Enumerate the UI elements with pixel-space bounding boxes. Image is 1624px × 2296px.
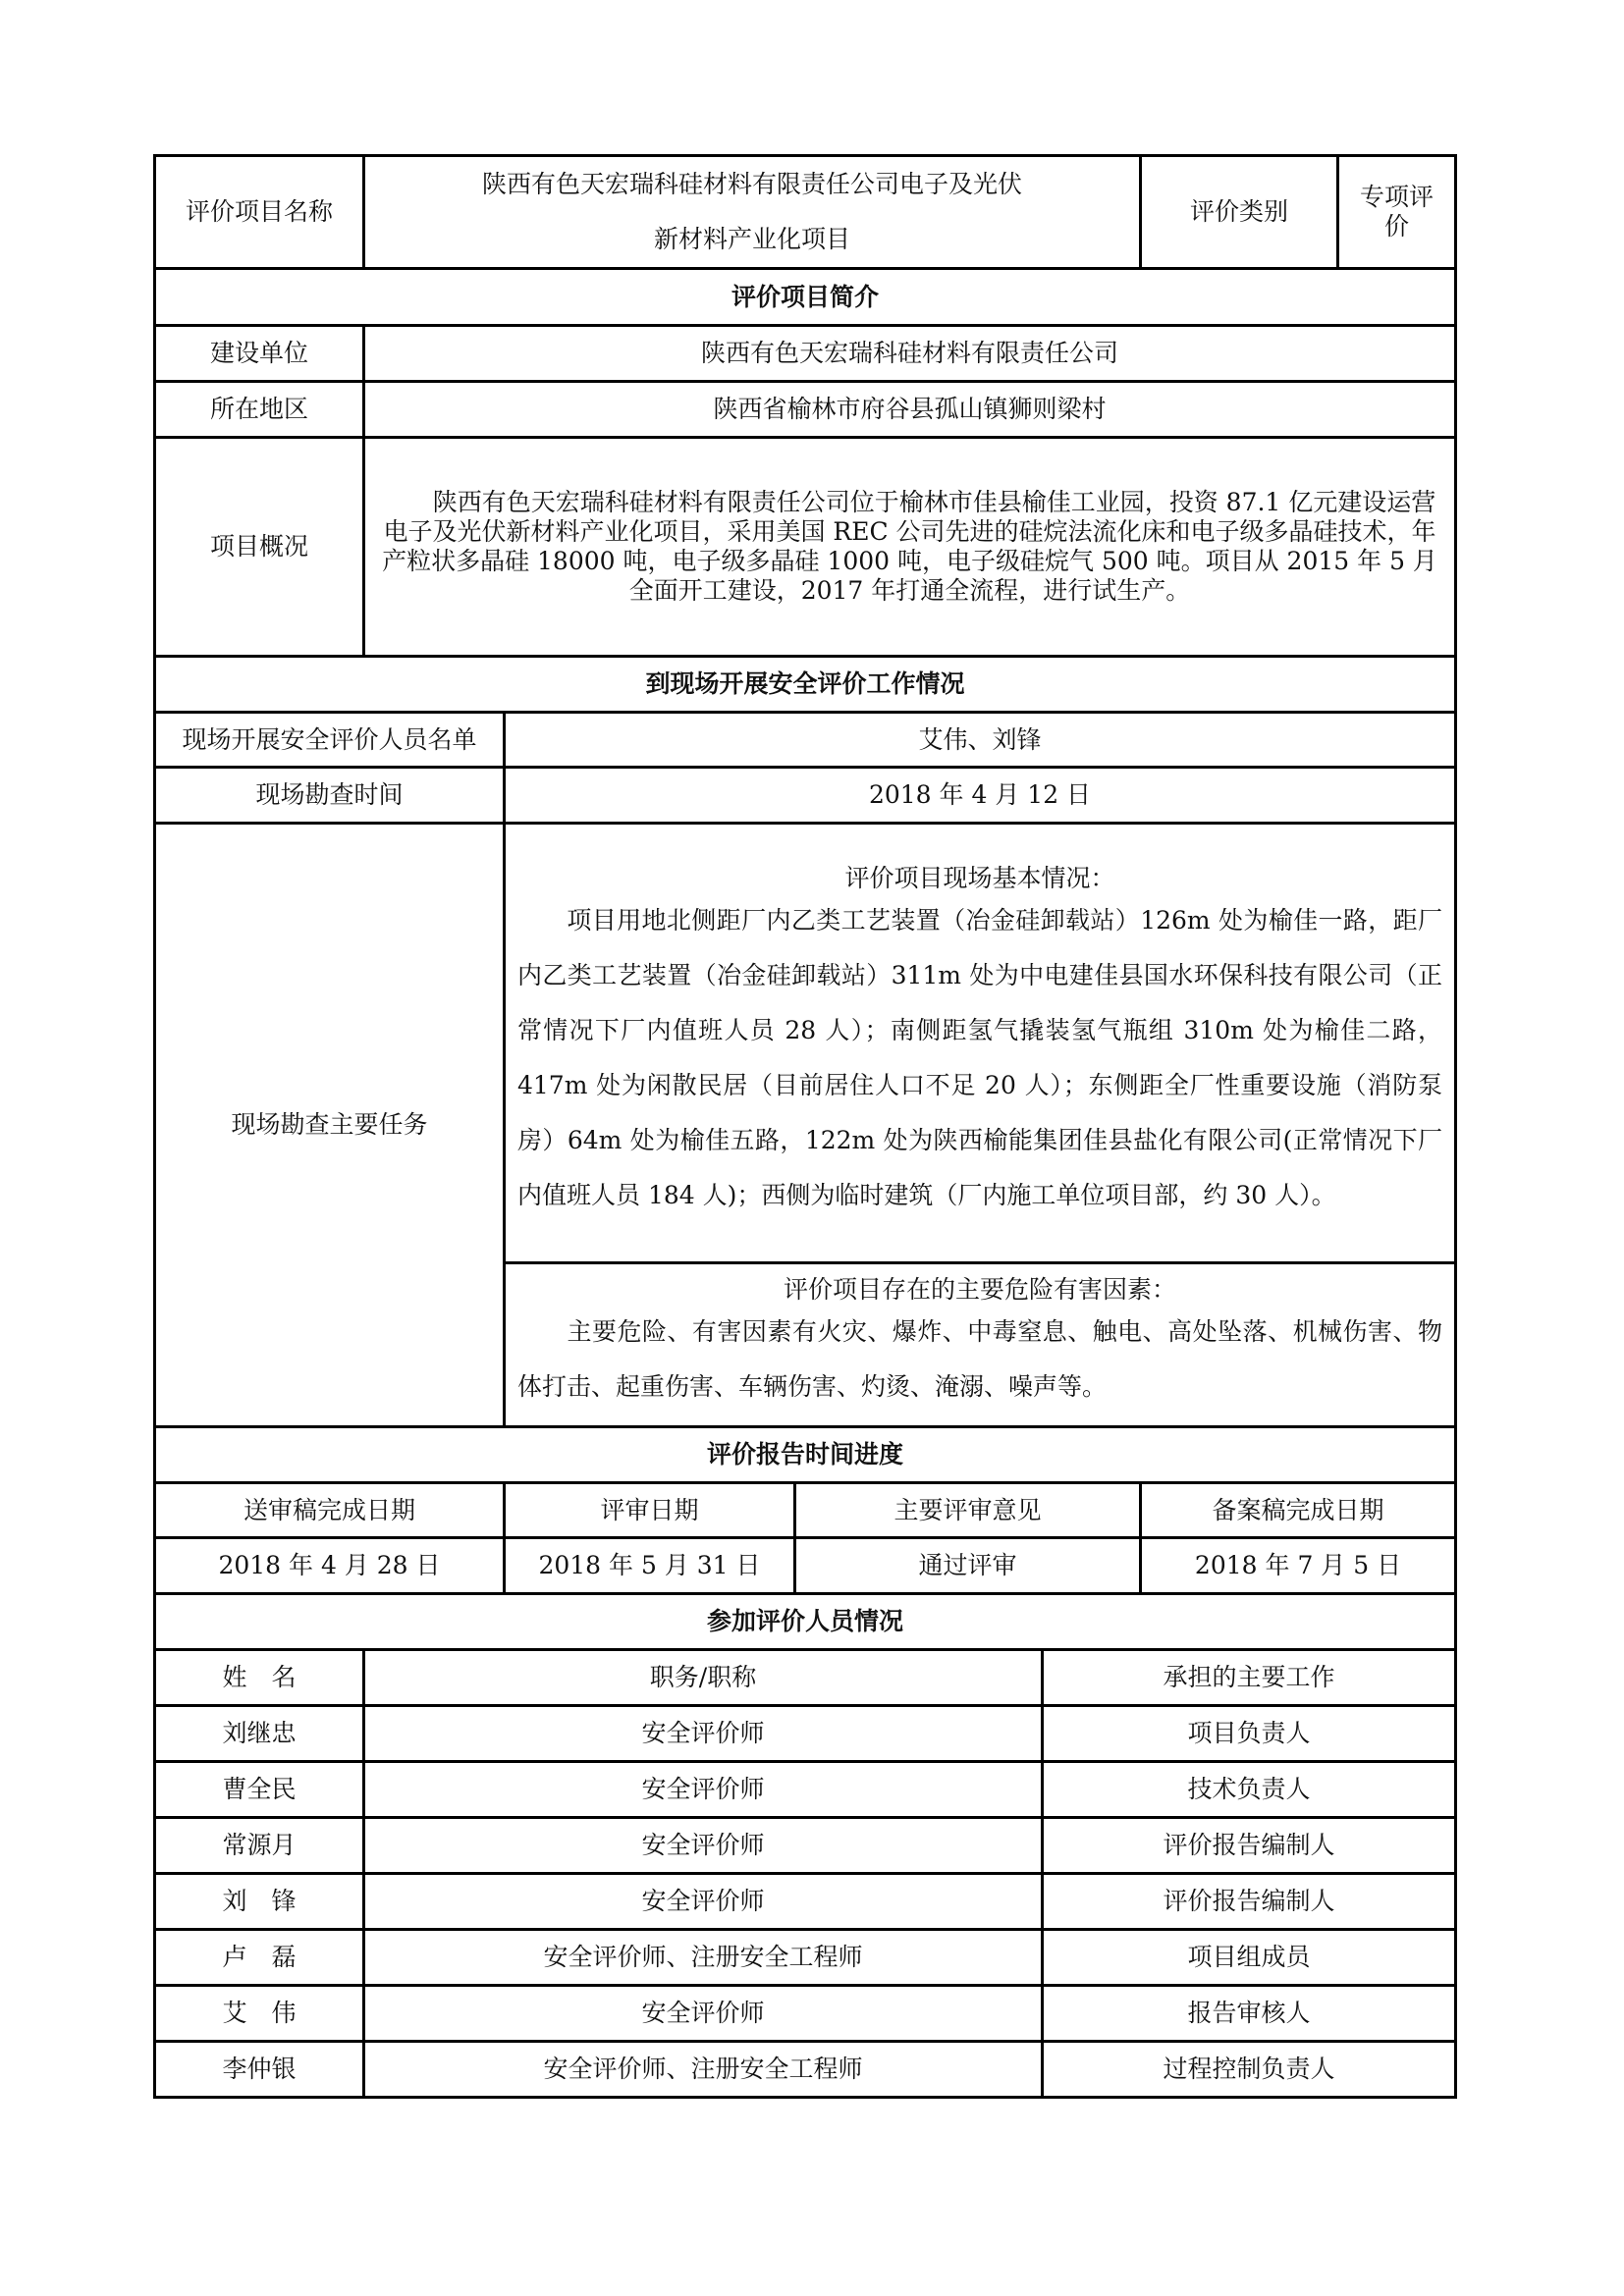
- personnel-row: 曹全民 安全评价师 技术负责人: [155, 1762, 1456, 1818]
- personnel-row: 李仲银 安全评价师、注册安全工程师 过程控制负责人: [155, 2042, 1456, 2098]
- personnel-section-header: 参加评价人员情况: [155, 1594, 1456, 1650]
- schedule-draft-date: 2018 年 4 月 28 日: [155, 1538, 505, 1594]
- tasks-label: 现场勘查主要任务: [155, 824, 505, 1427]
- overview-text-cell: 陕西有色天宏瑞科硅材料有限责任公司位于榆林市佳县榆佳工业园，投资 87.1 亿元…: [364, 438, 1456, 657]
- survey-time-label: 现场勘查时间: [155, 768, 505, 824]
- schedule-header-draft-date: 送审稿完成日期: [155, 1483, 505, 1538]
- hazard-paragraph: 主要危险、有害因素有火灾、爆炸、中毒窒息、触电、高处坠落、机械伤害、物体打击、起…: [517, 1305, 1442, 1415]
- schedule-review-opinion: 通过评审: [795, 1538, 1141, 1594]
- person-title: 安全评价师: [364, 1986, 1043, 2042]
- person-name: 李仲银: [155, 2042, 364, 2098]
- evaluation-info-table: 评价项目名称 陕西有色天宏瑞科硅材料有限责任公司电子及光伏 新材料产业化项目 评…: [153, 154, 1457, 2099]
- project-name-label: 评价项目名称: [155, 156, 364, 269]
- intro-section-header: 评价项目简介: [155, 269, 1456, 326]
- overview-text: 陕西有色天宏瑞科硅材料有限责任公司位于榆林市佳县榆佳工业园，投资 87.1 亿元…: [382, 488, 1437, 605]
- personnel-header-title: 职务/职称: [364, 1650, 1043, 1706]
- staff-label: 现场开展安全评价人员名单: [155, 713, 505, 768]
- overview-label: 项目概况: [155, 438, 364, 657]
- intro-section-title: 评价项目简介: [155, 269, 1456, 326]
- project-name-line-1: 陕西有色天宏瑞科硅材料有限责任公司电子及光伏: [482, 170, 1022, 198]
- person-name: 刘 锋: [155, 1874, 364, 1930]
- project-name-value: 陕西有色天宏瑞科硅材料有限责任公司电子及光伏 新材料产业化项目: [364, 156, 1141, 269]
- survey-time-value: 2018 年 4 月 12 日: [505, 768, 1456, 824]
- location-label: 所在地区: [155, 382, 364, 438]
- person-name: 刘继忠: [155, 1706, 364, 1762]
- personnel-row: 艾 伟 安全评价师 报告审核人: [155, 1986, 1456, 2042]
- builder-value: 陕西有色天宏瑞科硅材料有限责任公司: [364, 326, 1456, 382]
- document-page: 评价项目名称 陕西有色天宏瑞科硅材料有限责任公司电子及光伏 新材料产业化项目 评…: [0, 0, 1624, 2296]
- location-value: 陕西省榆林市府谷县孤山镇狮则梁村: [364, 382, 1456, 438]
- person-role: 项目负责人: [1043, 1706, 1456, 1762]
- staff-value: 艾伟、刘锋: [505, 713, 1456, 768]
- schedule-header-row: 送审稿完成日期 评审日期 主要评审意见 备案稿完成日期: [155, 1483, 1456, 1538]
- personnel-row: 刘继忠 安全评价师 项目负责人: [155, 1706, 1456, 1762]
- schedule-header-review-date: 评审日期: [505, 1483, 795, 1538]
- onsite-section-title: 到现场开展安全评价工作情况: [155, 657, 1456, 713]
- person-role: 评价报告编制人: [1043, 1818, 1456, 1874]
- personnel-row: 刘 锋 安全评价师 评价报告编制人: [155, 1874, 1456, 1930]
- person-role: 项目组成员: [1043, 1930, 1456, 1986]
- schedule-section-title: 评价报告时间进度: [155, 1427, 1456, 1483]
- tasks-basic-row: 现场勘查主要任务 评价项目现场基本情况： 项目用地北侧距厂内乙类工艺装置（冶金硅…: [155, 824, 1456, 1263]
- location-row: 所在地区 陕西省榆林市府谷县孤山镇狮则梁村: [155, 382, 1456, 438]
- person-title: 安全评价师: [364, 1706, 1043, 1762]
- onsite-section-header: 到现场开展安全评价工作情况: [155, 657, 1456, 713]
- personnel-header-row: 姓 名 职务/职称 承担的主要工作: [155, 1650, 1456, 1706]
- basic-situation-heading: 评价项目现场基本情况：: [517, 864, 1442, 893]
- category-label: 评价类别: [1141, 156, 1338, 269]
- hazard-text: 主要危险、有害因素有火灾、爆炸、中毒窒息、触电、高处坠落、机械伤害、物体打击、起…: [517, 1317, 1442, 1401]
- schedule-filing-date: 2018 年 7 月 5 日: [1141, 1538, 1456, 1594]
- person-name: 常源月: [155, 1818, 364, 1874]
- person-role: 评价报告编制人: [1043, 1874, 1456, 1930]
- basic-situation-paragraph: 项目用地北侧距厂内乙类工艺装置（冶金硅卸载站）126m 处为榆佳一路，距厂内乙类…: [517, 893, 1442, 1223]
- hazard-cell: 评价项目存在的主要危险有害因素： 主要危险、有害因素有火灾、爆炸、中毒窒息、触电…: [505, 1263, 1456, 1427]
- personnel-row: 卢 磊 安全评价师、注册安全工程师 项目组成员: [155, 1930, 1456, 1986]
- schedule-section-header: 评价报告时间进度: [155, 1427, 1456, 1483]
- basic-situation-text: 项目用地北侧距厂内乙类工艺装置（冶金硅卸载站）126m 处为榆佳一路，距厂内乙类…: [517, 906, 1442, 1209]
- person-title: 安全评价师: [364, 1874, 1043, 1930]
- schedule-header-filing-date: 备案稿完成日期: [1141, 1483, 1456, 1538]
- person-title: 安全评价师: [364, 1818, 1043, 1874]
- person-name: 卢 磊: [155, 1930, 364, 1986]
- overview-row: 项目概况 陕西有色天宏瑞科硅材料有限责任公司位于榆林市佳县榆佳工业园，投资 87…: [155, 438, 1456, 657]
- person-title: 安全评价师、注册安全工程师: [364, 1930, 1043, 1986]
- person-role: 报告审核人: [1043, 1986, 1456, 2042]
- schedule-header-review-opinion: 主要评审意见: [795, 1483, 1141, 1538]
- project-name-row: 评价项目名称 陕西有色天宏瑞科硅材料有限责任公司电子及光伏 新材料产业化项目 评…: [155, 156, 1456, 269]
- personnel-row: 常源月 安全评价师 评价报告编制人: [155, 1818, 1456, 1874]
- project-name-line-2: 新材料产业化项目: [654, 225, 850, 253]
- personnel-header-role: 承担的主要工作: [1043, 1650, 1456, 1706]
- person-role: 过程控制负责人: [1043, 2042, 1456, 2098]
- person-title: 安全评价师: [364, 1762, 1043, 1818]
- staff-row: 现场开展安全评价人员名单 艾伟、刘锋: [155, 713, 1456, 768]
- schedule-review-date: 2018 年 5 月 31 日: [505, 1538, 795, 1594]
- builder-label: 建设单位: [155, 326, 364, 382]
- schedule-value-row: 2018 年 4 月 28 日 2018 年 5 月 31 日 通过评审 201…: [155, 1538, 1456, 1594]
- person-title: 安全评价师、注册安全工程师: [364, 2042, 1043, 2098]
- basic-situation-cell: 评价项目现场基本情况： 项目用地北侧距厂内乙类工艺装置（冶金硅卸载站）126m …: [505, 824, 1456, 1263]
- person-name: 艾 伟: [155, 1986, 364, 2042]
- category-value: 专项评价: [1338, 156, 1456, 269]
- builder-row: 建设单位 陕西有色天宏瑞科硅材料有限责任公司: [155, 326, 1456, 382]
- personnel-header-name: 姓 名: [155, 1650, 364, 1706]
- person-name: 曹全民: [155, 1762, 364, 1818]
- person-role: 技术负责人: [1043, 1762, 1456, 1818]
- hazard-heading: 评价项目存在的主要危险有害因素：: [517, 1275, 1442, 1305]
- personnel-section-title: 参加评价人员情况: [155, 1594, 1456, 1650]
- survey-time-row: 现场勘查时间 2018 年 4 月 12 日: [155, 768, 1456, 824]
